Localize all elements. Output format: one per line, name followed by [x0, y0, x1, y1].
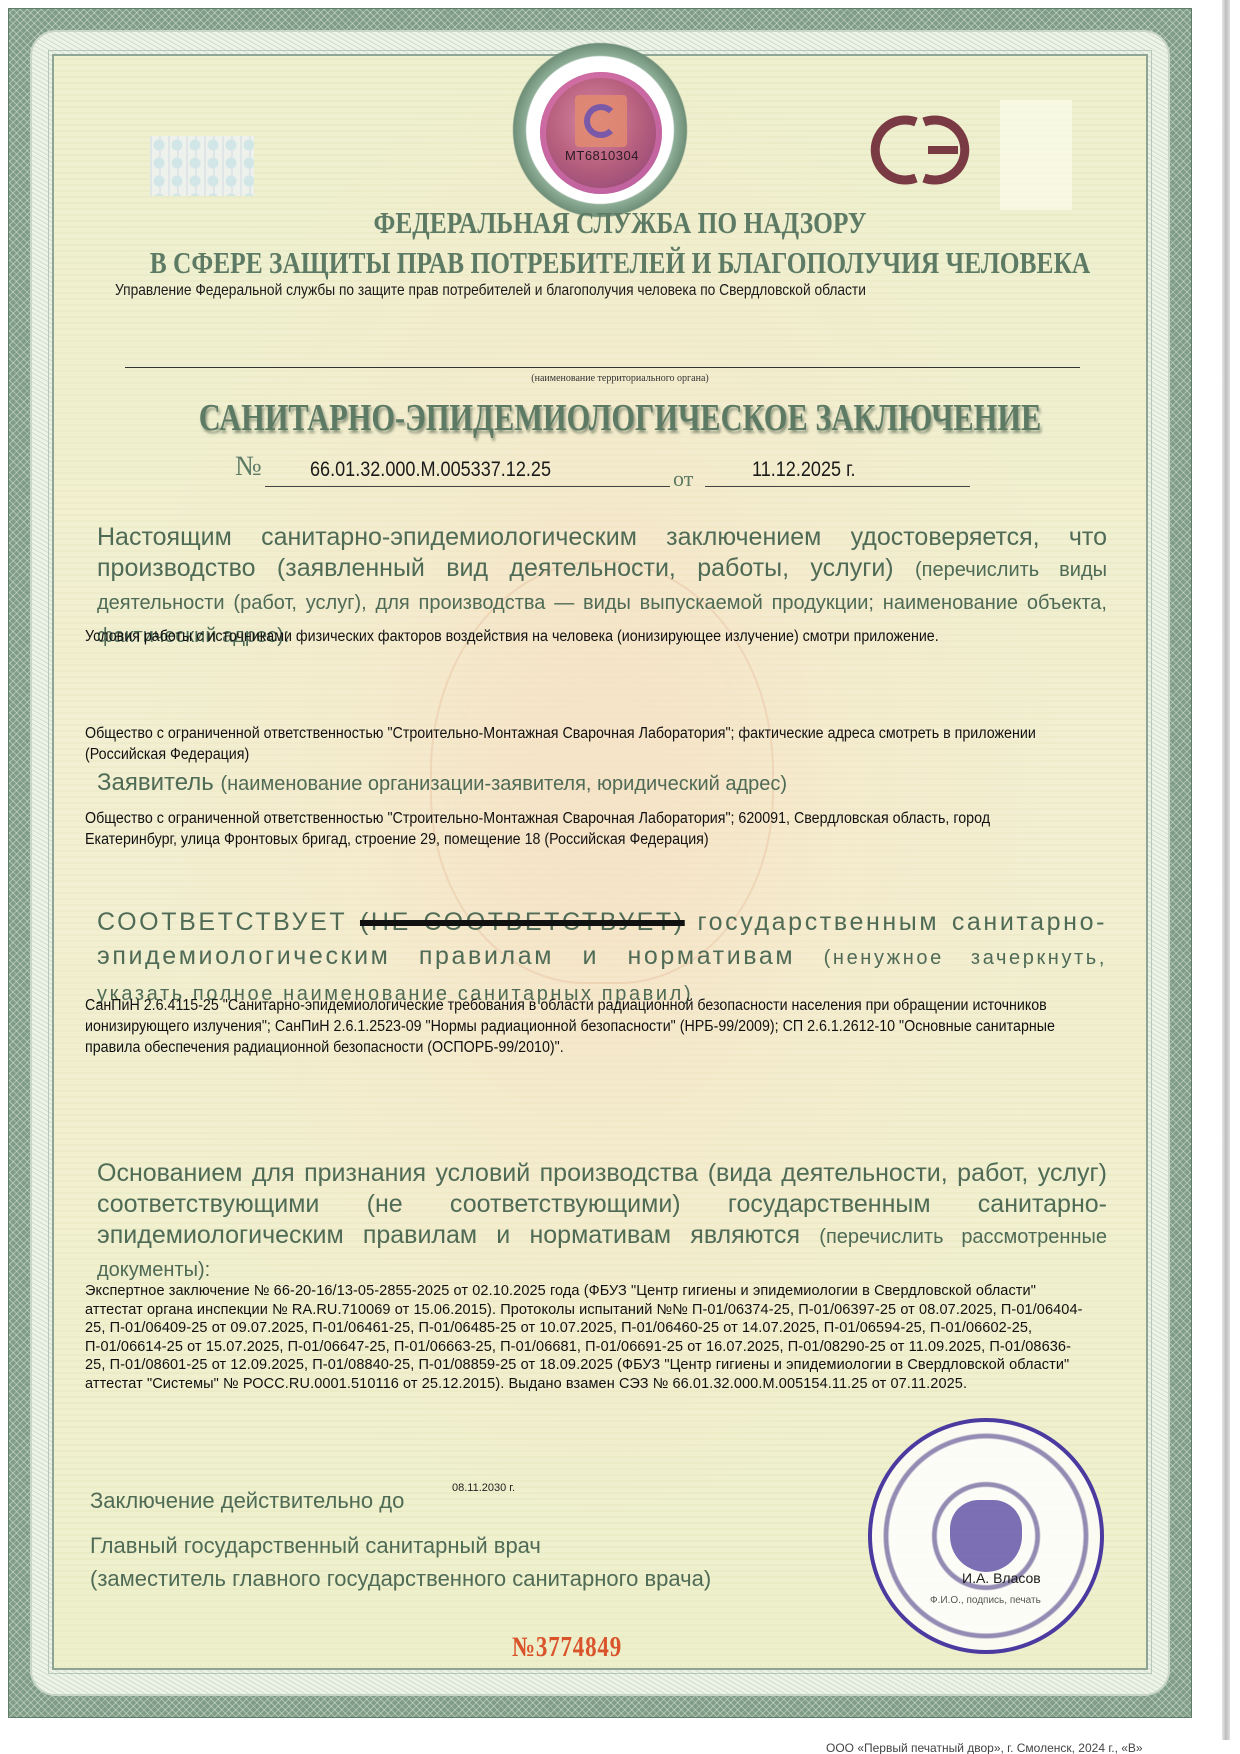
applicant-heading: Заявитель (наименование организации-заяв… — [97, 767, 1107, 800]
blank-serial-number: №3774849 — [512, 1632, 622, 1664]
watermark-window — [1000, 100, 1072, 210]
hologram-c-icon — [584, 104, 618, 138]
se-logo-icon — [866, 108, 976, 192]
valid-until-label: Заключение действительно до — [90, 1488, 404, 1514]
signature-caption: Ф.И.О., подпись, печать — [930, 1595, 1041, 1606]
basis-heading: Основанием для признания условий произво… — [97, 1158, 1107, 1286]
certificate-number: 66.01.32.000.М.005337.12.25 — [310, 458, 551, 482]
number-underline — [265, 486, 670, 487]
coat-of-arms-icon — [950, 1500, 1022, 1572]
number-label: № — [235, 451, 262, 483]
applicant-label: Заявитель — [97, 769, 214, 796]
document-title: САНИТАРНО-ЭПИДЕМИОЛОГИЧЕСКОЕ ЗАКЛЮЧЕНИЕ — [124, 396, 1116, 440]
territorial-body-underline — [125, 367, 1080, 368]
valid-until-date: 08.11.2030 г. — [452, 1482, 515, 1494]
agency-title-line-2: В СФЕРЕ ЗАЩИТЫ ПРАВ ПОТРЕБИТЕЛЕЙ И БЛАГО… — [112, 245, 1129, 281]
signatory-title: Главный государственный санитарный врач — [90, 1533, 541, 1559]
signatory-title-alt: (заместитель главного государственного с… — [90, 1566, 711, 1592]
agency-title-line-1: ФЕДЕРАЛЬНАЯ СЛУЖБА ПО НАДЗОРУ — [112, 205, 1129, 241]
date-underline — [705, 486, 970, 487]
scan-edge — [1222, 0, 1230, 1740]
not-complies-struck: (НЕ СООТВЕТСТВУЕТ) — [360, 908, 685, 936]
object-value: Общество с ограниченной ответственностью… — [85, 723, 1060, 765]
basis-documents: Экспертное заключение № 66-20-16/13-05-2… — [85, 1282, 1085, 1393]
issue-date: 11.12.2025 г. — [752, 458, 855, 482]
security-strip-icon — [150, 136, 254, 196]
hologram-serial: МТ6810304 — [552, 148, 652, 163]
printer-imprint: ООО «Первый печатный двор», г. Смоленск,… — [826, 1741, 1143, 1754]
activity-value: Условия работы с источниками физических … — [85, 626, 1060, 647]
signatory-name: И.А. Власов — [962, 1570, 1041, 1586]
territorial-body: Управление Федеральной службы по защите … — [115, 282, 866, 300]
date-label: от — [673, 466, 693, 492]
sanitary-rules: СанПиН 2.6.4115-25 "Санитарно-эпидемиоло… — [85, 995, 1060, 1058]
applicant-note: (наименование организации-заявителя, юри… — [220, 773, 787, 795]
territorial-body-caption: (наименование территориального органа) — [0, 373, 1240, 384]
applicant-value: Общество с ограниченной ответственностью… — [85, 808, 1060, 850]
complies-label: СООТВЕТСТВУЕТ — [97, 908, 347, 936]
